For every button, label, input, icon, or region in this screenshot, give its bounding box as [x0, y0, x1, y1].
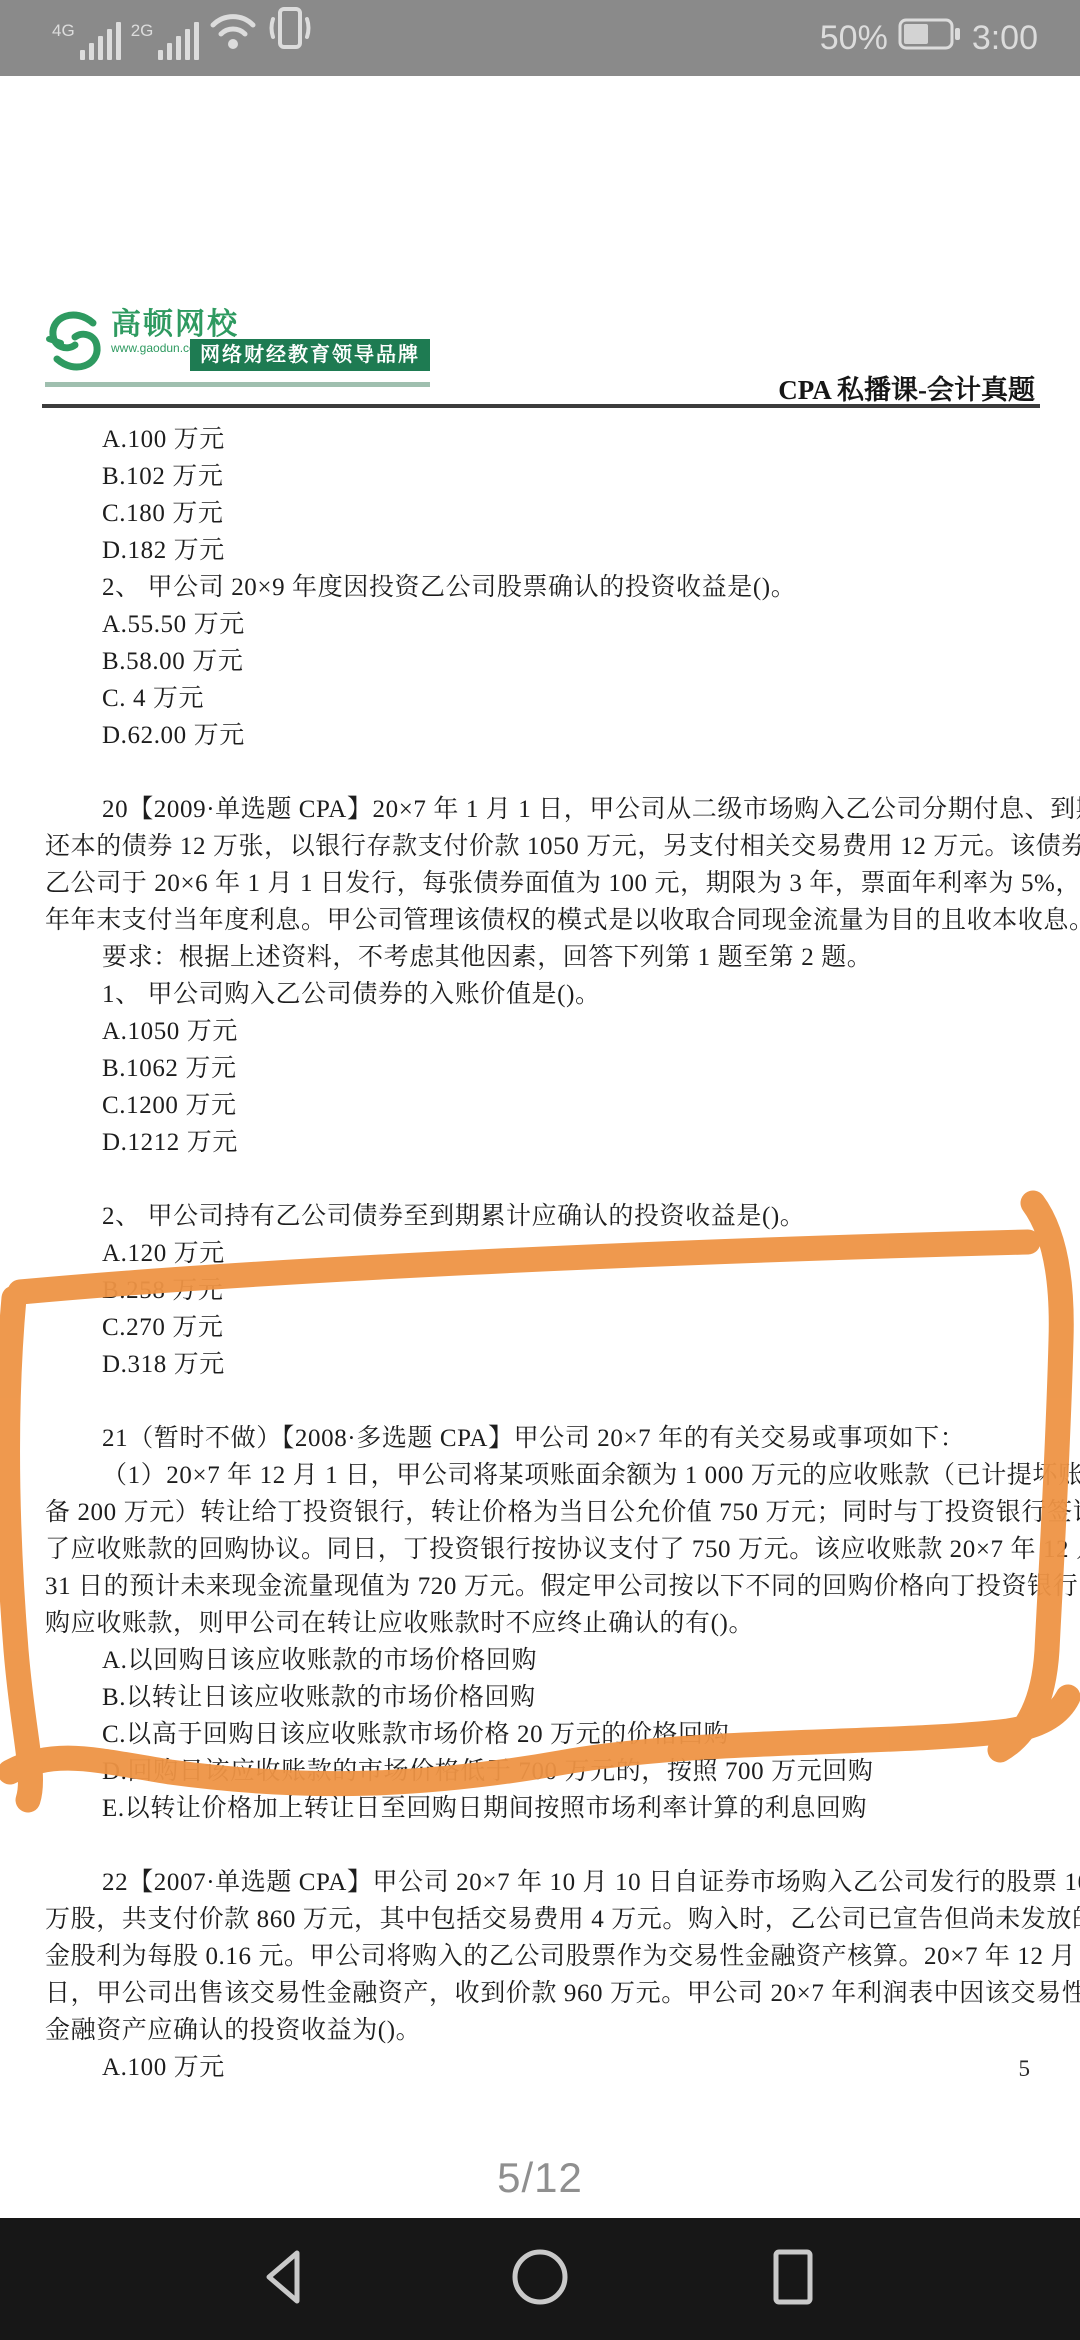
- doc-line: 21（暂时不做）【2008·多选题 CPA】甲公司 20×7 年的有关交易或事项…: [45, 1420, 1045, 1457]
- doc-line: 31 日的预计未来现金流量现值为 720 万元。假定甲公司按以下不同的回购价格向…: [45, 1568, 1045, 1605]
- doc-lines: A.100 万元B.102 万元C.180 万元D.182 万元2、 甲公司 2…: [45, 421, 1045, 2086]
- signal-4g-label: 4G: [52, 22, 75, 39]
- doc-line: 了应收账款的回购协议。同日，丁投资银行按协议支付了 750 万元。该应收账款 2…: [45, 1531, 1045, 1568]
- doc-line: B.1062 万元: [45, 1050, 1045, 1087]
- doc-line: 2、 甲公司持有乙公司债券至到期累计应确认的投资收益是()。: [45, 1198, 1045, 1235]
- doc-line: 还本的债券 12 万张，以银行存款支付价款 1050 万元，另支付相关交易费用 …: [45, 828, 1045, 865]
- doc-line: A.100 万元: [45, 421, 1045, 458]
- doc-line: 金融资产应确认的投资收益为()。: [45, 2012, 1045, 2049]
- doc-line: 金股利为每股 0.16 元。甲公司将购入的乙公司股票作为交易性金融资产核算。20…: [45, 1938, 1045, 1975]
- signal-2g-label: 2G: [131, 22, 154, 39]
- doc-line: B.258 万元: [45, 1272, 1045, 1309]
- recents-button[interactable]: [761, 2247, 825, 2311]
- phone-screen: 4G 2G 5: [0, 0, 1080, 2340]
- doc-line: 备 200 万元）转让给丁投资银行，转让价格为当日公允价值 750 万元；同时与…: [45, 1494, 1045, 1531]
- viewer-page-indicator: 5/12: [0, 2154, 1080, 2202]
- doc-line: B.以转让日该应收账款的市场价格回购: [45, 1679, 1045, 1716]
- android-nav-bar: [0, 2218, 1080, 2340]
- header-light-rule: [45, 382, 430, 387]
- doc-line: D.回购日该应收账款的市场价格低于 700 万元的，按照 700 万元回购: [45, 1753, 1045, 1790]
- doc-line: 乙公司于 20×6 年 1 月 1 日发行，每张债券面值为 100 元，期限为 …: [45, 865, 1045, 902]
- status-time: 3:00: [972, 19, 1038, 58]
- doc-line: D.62.00 万元: [45, 717, 1045, 754]
- doc-line: D.318 万元: [45, 1346, 1045, 1383]
- back-button[interactable]: [255, 2247, 319, 2311]
- battery-percent: 50%: [820, 19, 888, 58]
- doc-line: 20【2009·单选题 CPA】20×7 年 1 月 1 日，甲公司从二级市场购…: [45, 791, 1045, 828]
- course-title: CPA 私播课-会计真题: [778, 368, 1035, 407]
- doc-line: （1）20×7 年 12 月 1 日，甲公司将某项账面余额为 1 000 万元的…: [45, 1457, 1045, 1494]
- wifi-icon: [209, 7, 257, 60]
- doc-line: B.58.00 万元: [45, 643, 1045, 680]
- recents-icon: [763, 2247, 823, 2312]
- logo-swirl-icon: [45, 309, 105, 378]
- signal-4g-icon: 4G: [52, 22, 121, 60]
- doc-line: 年年末支付当年度利息。甲公司管理该债权的模式是以收取合同现金流量为目的且收本收息…: [45, 902, 1045, 939]
- battery-icon: [898, 15, 962, 62]
- home-icon: [510, 2247, 570, 2312]
- doc-line: 日，甲公司出售该交易性金融资产，收到价款 960 万元。甲公司 20×7 年利润…: [45, 1975, 1045, 2012]
- signal-2g-icon: 2G: [131, 22, 200, 60]
- doc-line: B.102 万元: [45, 458, 1045, 495]
- doc-line: A.以回购日该应收账款的市场价格回购: [45, 1642, 1045, 1679]
- doc-line: A.120 万元: [45, 1235, 1045, 1272]
- doc-line: E.以转让价格加上转让日至回购日期间按照市场利率计算的利息回购: [45, 1790, 1045, 1827]
- status-right-cluster: 50% 3:00: [820, 15, 1080, 62]
- document-page[interactable]: 高顿网校 www.gaodun.com 网络财经教育领导品牌 CPA 私播课-会…: [0, 76, 1080, 2218]
- status-bar: 4G 2G 5: [0, 0, 1080, 76]
- brand-slogan-badge: 网络财经教育领导品牌: [190, 339, 430, 371]
- doc-line: A.1050 万元: [45, 1013, 1045, 1050]
- doc-line: 购应收账款，则甲公司在转让应收账款时不应终止确认的有()。: [45, 1605, 1045, 1642]
- doc-line: A.55.50 万元: [45, 606, 1045, 643]
- back-icon: [257, 2247, 317, 2312]
- doc-line: 2、 甲公司 20×9 年度因投资乙公司股票确认的投资收益是()。: [45, 569, 1045, 606]
- logo-title: 高顿网校: [111, 309, 239, 341]
- doc-line: 1、 甲公司购入乙公司债券的入账价值是()。: [45, 976, 1045, 1013]
- vibrate-icon: [267, 5, 313, 60]
- doc-line: C.以高于回购日该应收账款市场价格 20 万元的价格回购: [45, 1716, 1045, 1753]
- doc-line: D.182 万元: [45, 532, 1045, 569]
- home-button[interactable]: [508, 2247, 572, 2311]
- doc-line: C.180 万元: [45, 495, 1045, 532]
- doc-line: C.270 万元: [45, 1309, 1045, 1346]
- doc-line: 万股，共支付价款 860 万元，其中包括交易费用 4 万元。购入时，乙公司已宣告…: [45, 1901, 1045, 1938]
- status-left-icons: 4G 2G: [0, 16, 313, 60]
- doc-page-number: 5: [1019, 2056, 1031, 2082]
- doc-line: A.100 万元: [45, 2049, 1045, 2086]
- doc-line: 要求：根据上述资料，不考虑其他因素，回答下列第 1 题至第 2 题。: [45, 939, 1045, 976]
- doc-line: C.1200 万元: [45, 1087, 1045, 1124]
- doc-line: C. 4 万元: [45, 680, 1045, 717]
- doc-line: 22【2007·单选题 CPA】甲公司 20×7 年 10 月 10 日自证券市…: [45, 1864, 1045, 1901]
- doc-line: D.1212 万元: [45, 1124, 1045, 1161]
